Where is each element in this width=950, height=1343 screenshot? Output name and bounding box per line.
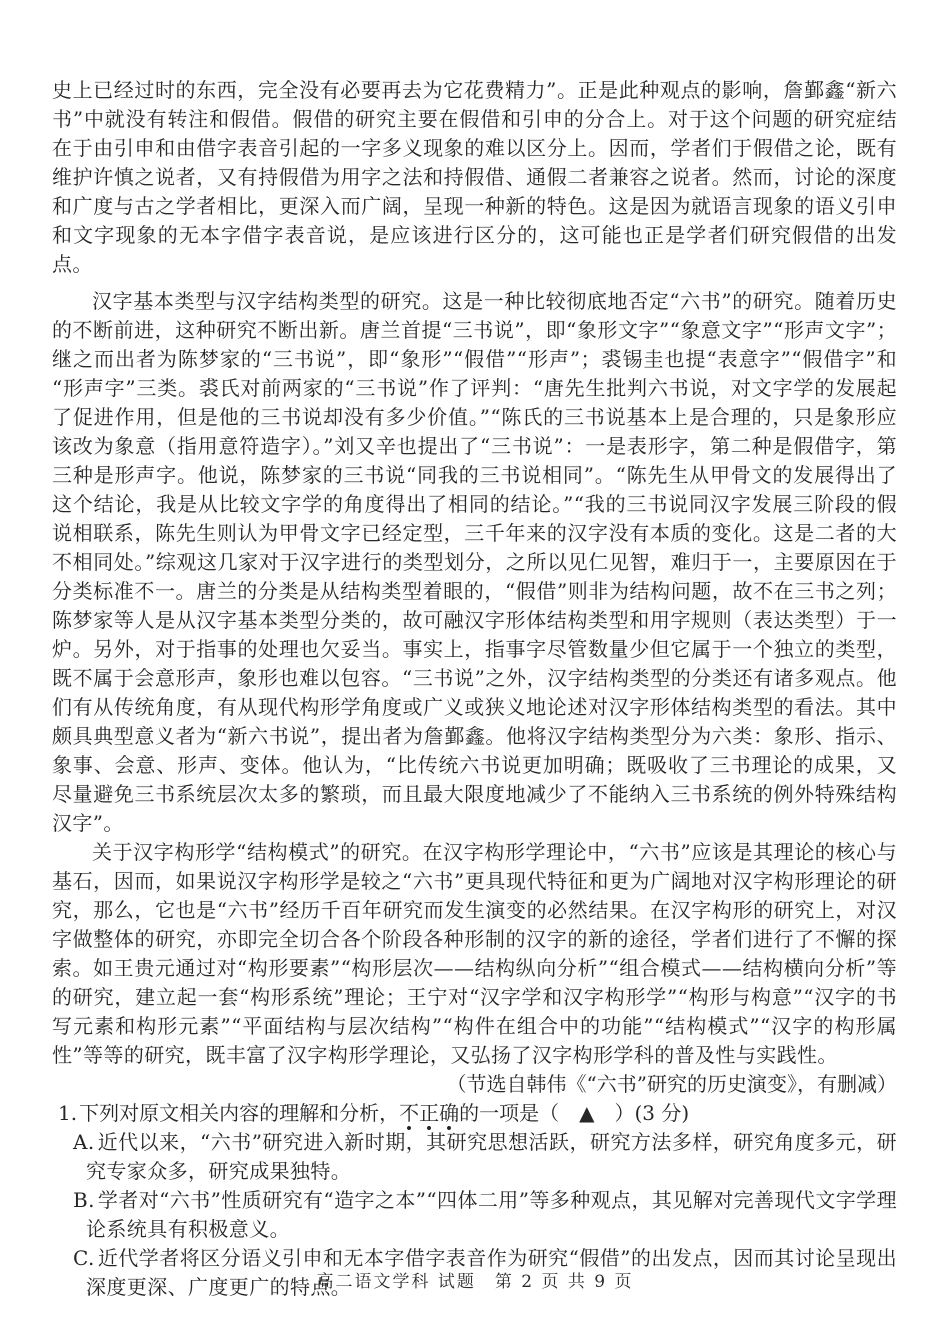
- question-1-stem: 1.下列对原文相关内容的理解和分析，不正确的一项是（ ▲ ）(3 分): [52, 1099, 897, 1128]
- page-content: 史上已经过时的东西，完全没有必要再去为它花费精力”。正是此种观点的影响，詹鄞鑫“…: [52, 76, 897, 1302]
- passage-paragraph-3: 关于汉字构形学“结构模式”的研究。在汉字构形学理论中，“六书”应该是其理论的核心…: [52, 838, 897, 1070]
- page-footer: 高二语文学科 试题 第 2 页 共 9 页: [0, 1270, 950, 1294]
- question-1-number: 1.: [58, 1101, 79, 1125]
- exam-page: 史上已经过时的东西，完全没有必要再去为它花费精力”。正是此种观点的影响，詹鄞鑫“…: [0, 0, 950, 1343]
- passage-attribution: （节选自韩伟《“六书”研究的历史演变》，有删减）: [52, 1070, 897, 1099]
- reading-passage: 史上已经过时的东西，完全没有必要再去为它花费精力”。正是此种观点的影响，詹鄞鑫“…: [52, 76, 897, 1099]
- page-footer-text: 高二语文学科 试题 第 2 页 共 9 页: [316, 1272, 633, 1292]
- option-b-text: 学者对“六书”性质研究有“造字之本”“四体二用”等多种观点，其见解对完善现代文字…: [86, 1188, 897, 1241]
- option-a-label: A.: [73, 1130, 98, 1154]
- passage-paragraph-2: 汉字基本类型与汉字结构类型的研究。这是一种比较彻底地否定“六书”的研究。随着历史…: [52, 287, 897, 838]
- question-1-option-a: A.近代以来，“六书”研究进入新时期，其研究思想活跃，研究方法多样，研究角度多元…: [52, 1128, 897, 1186]
- question-1-option-b: B.学者对“六书”性质研究有“造字之本”“四体二用”等多种观点，其见解对完善现代…: [52, 1186, 897, 1244]
- question-1-stem-emphasis: 不正确: [399, 1101, 459, 1131]
- option-a-text: 近代以来，“六书”研究进入新时期，其研究思想活跃，研究方法多样，研究角度多元，研…: [86, 1130, 897, 1183]
- question-1-stem-pre: 下列对原文相关内容的理解和分析，: [79, 1101, 399, 1125]
- option-c-label: C.: [73, 1246, 98, 1270]
- option-b-label: B.: [73, 1188, 98, 1212]
- question-1-stem-post: 的一项是（ ▲ ）(3 分): [459, 1101, 689, 1125]
- passage-paragraph-1: 史上已经过时的东西，完全没有必要再去为它花费精力”。正是此种观点的影响，詹鄞鑫“…: [52, 76, 897, 279]
